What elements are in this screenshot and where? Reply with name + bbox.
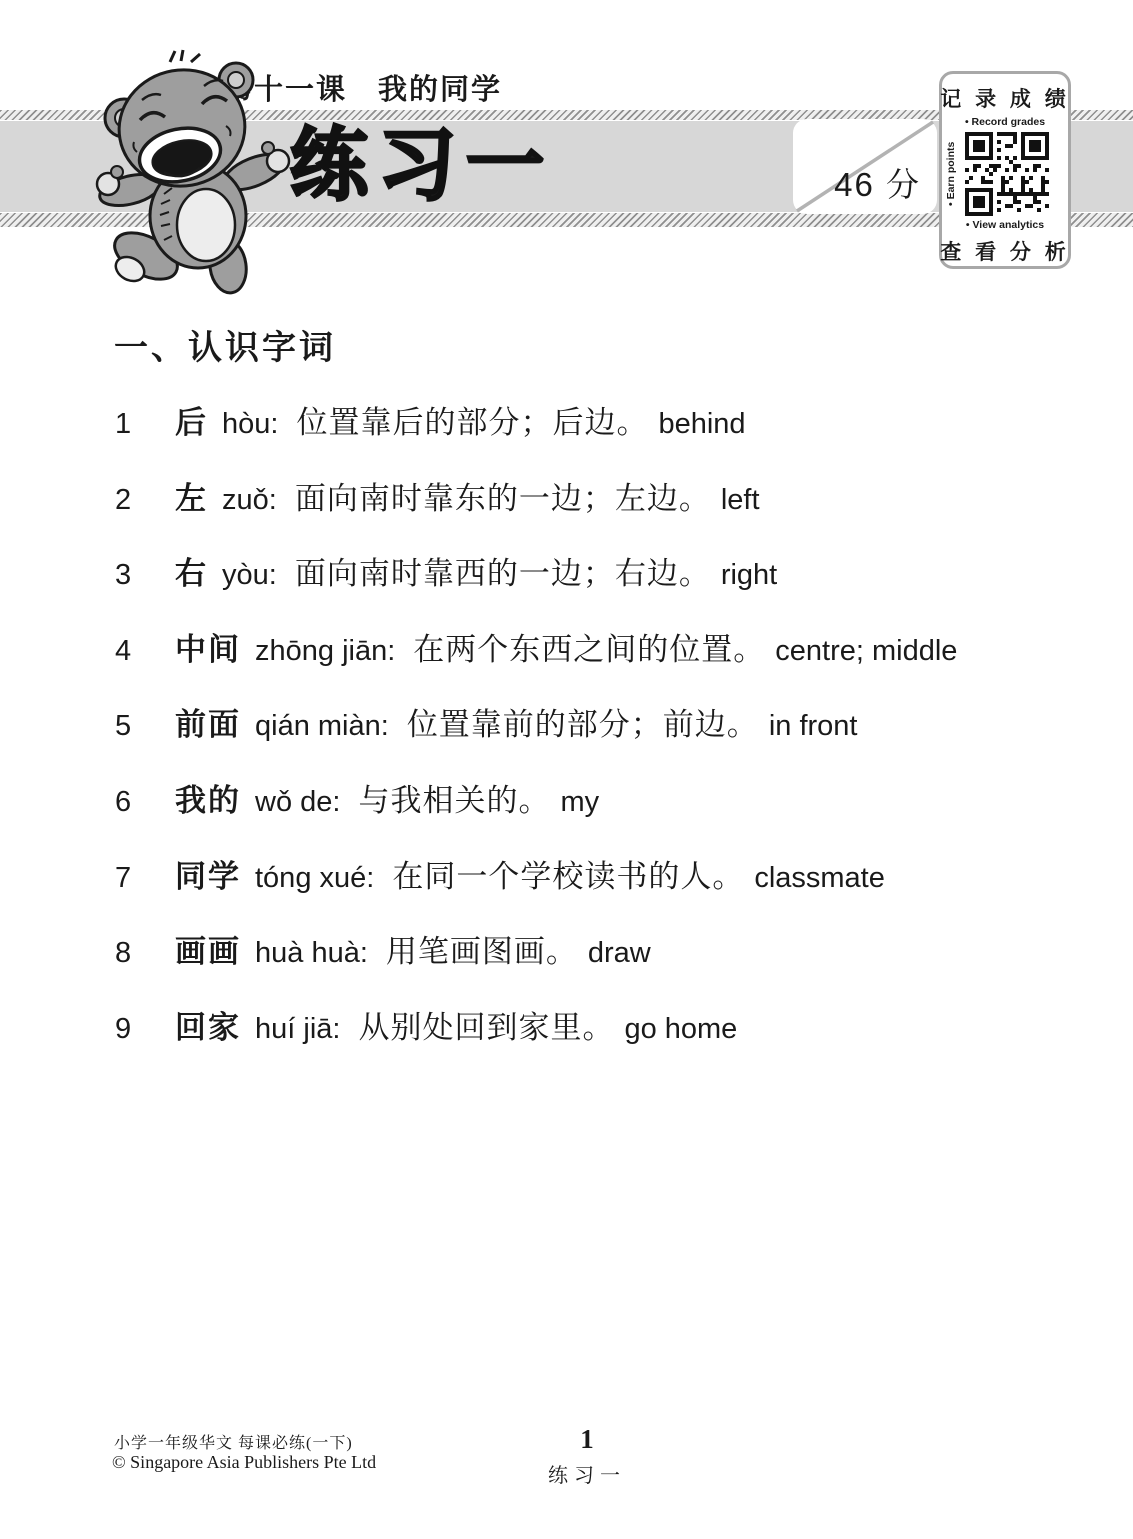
- vocab-word: 前面: [175, 699, 241, 744]
- vocab-definition: 在两个东西之间的位置。: [413, 624, 765, 669]
- vocab-english: go home: [624, 1013, 737, 1046]
- vocab-row: 2 左 zuǒ: 面向南时靠东的一边；左边。 left: [115, 473, 1095, 549]
- vocab-pinyin: huí jiā:: [255, 1013, 340, 1046]
- vocab-row: 6 我的 wǒ de: 与我相关的。 my: [115, 775, 1095, 851]
- vocab-word: 右: [175, 548, 208, 593]
- vocab-number: 1: [115, 408, 175, 441]
- teddy-bear-illustration: [86, 48, 291, 296]
- vocab-definition: 面向南时靠西的一边；右边。: [295, 548, 711, 593]
- vocab-row: 7 同学 tóng xué: 在同一个学校读书的人。 classmate: [115, 851, 1095, 927]
- vocab-english: behind: [658, 408, 745, 441]
- vocab-number: 3: [115, 559, 175, 592]
- vocab-english: my: [560, 786, 599, 819]
- vocab-number: 9: [115, 1013, 175, 1046]
- vocab-row: 8 画画 huà huà: 用笔画图画。 draw: [115, 926, 1095, 1002]
- score-box: 46 分: [793, 119, 937, 214]
- vocab-definition: 用笔画图画。: [386, 926, 578, 971]
- footer-copyright: © Singapore Asia Publishers Pte Ltd: [112, 1452, 376, 1473]
- qr-earn-points-label: • Earn points: [945, 128, 960, 220]
- qr-bottom-label: 查 看 分 析: [940, 236, 1070, 266]
- qr-middle: • Earn points: [942, 130, 1068, 216]
- vocab-definition: 面向南时靠东的一边；左边。: [295, 473, 711, 518]
- vocab-row: 3 右 yòu: 面向南时靠西的一边；右边。 right: [115, 548, 1095, 624]
- qr-record-grades-label: • Record grades: [965, 116, 1045, 128]
- qr-view-analytics-label: • View analytics: [966, 219, 1044, 231]
- vocab-word: 同学: [175, 851, 241, 896]
- vocab-number: 5: [115, 710, 175, 743]
- vocab-word: 回家: [175, 1002, 241, 1047]
- vocab-pinyin: zhōng jiān:: [255, 635, 395, 668]
- vocab-number: 6: [115, 786, 175, 819]
- vocab-word: 中间: [175, 624, 241, 669]
- vocab-word: 画画: [175, 926, 241, 971]
- vocab-pinyin: yòu:: [222, 559, 277, 592]
- vocab-row: 1 后 hòu: 位置靠后的部分；后边。 behind: [115, 397, 1095, 473]
- footer-center: 1 练习一: [487, 1424, 687, 1488]
- vocab-number: 4: [115, 635, 175, 668]
- footer-page-label: 练习一: [487, 1459, 687, 1488]
- qr-code: [965, 132, 1049, 216]
- vocab-pinyin: tóng xué:: [255, 862, 374, 895]
- qr-panel: 记 录 成 绩 • Record grades • Earn points • …: [939, 71, 1071, 269]
- vocab-english: centre; middle: [775, 635, 957, 668]
- vocab-word: 左: [175, 473, 208, 518]
- exercise-title: 练习一: [290, 125, 554, 205]
- footer-book-title: 小学一年级华文 每课必练(一下): [114, 1430, 353, 1453]
- vocab-number: 2: [115, 484, 175, 517]
- vocab-definition: 在同一个学校读书的人。: [392, 851, 744, 896]
- vocab-number: 8: [115, 937, 175, 970]
- vocabulary-list: 1 后 hòu: 位置靠后的部分；后边。 behind 2 左 zuǒ: 面向南…: [115, 397, 1095, 1077]
- vocab-english: classmate: [754, 862, 885, 895]
- vocab-english: in front: [769, 710, 858, 743]
- vocab-definition: 从别处回到家里。: [358, 1002, 614, 1047]
- vocab-row: 5 前面 qián miàn: 位置靠前的部分；前边。 in front: [115, 699, 1095, 775]
- vocab-english: draw: [588, 937, 651, 970]
- vocab-word: 我的: [175, 775, 241, 820]
- page-number: 1: [487, 1424, 687, 1455]
- vocab-pinyin: huà huà:: [255, 937, 368, 970]
- vocab-english: right: [721, 559, 777, 592]
- vocab-english: left: [721, 484, 760, 517]
- vocab-word: 后: [175, 397, 208, 442]
- vocab-row: 4 中间 zhōng jiān: 在两个东西之间的位置。 centre; mid…: [115, 624, 1095, 700]
- vocab-definition: 与我相关的。: [358, 775, 550, 820]
- qr-top-label: 记 录 成 绩: [940, 83, 1070, 113]
- vocab-pinyin: wǒ de:: [255, 786, 340, 819]
- vocab-pinyin: zuǒ:: [222, 484, 277, 517]
- section-heading: 一、认识字词: [114, 320, 336, 369]
- vocab-pinyin: hòu:: [222, 408, 278, 441]
- vocab-number: 7: [115, 862, 175, 895]
- vocab-definition: 位置靠后的部分；后边。: [296, 397, 648, 442]
- vocab-pinyin: qián miàn:: [255, 710, 389, 743]
- vocab-definition: 位置靠前的部分；前边。: [407, 699, 759, 744]
- workbook-page: 第十一课 我的同学 练习一 46 分 记 录 成 绩 • Record grad…: [0, 0, 1133, 1539]
- vocab-row: 9 回家 huí jiā: 从别处回到家里。 go home: [115, 1002, 1095, 1078]
- score-label: 46 分: [834, 159, 921, 206]
